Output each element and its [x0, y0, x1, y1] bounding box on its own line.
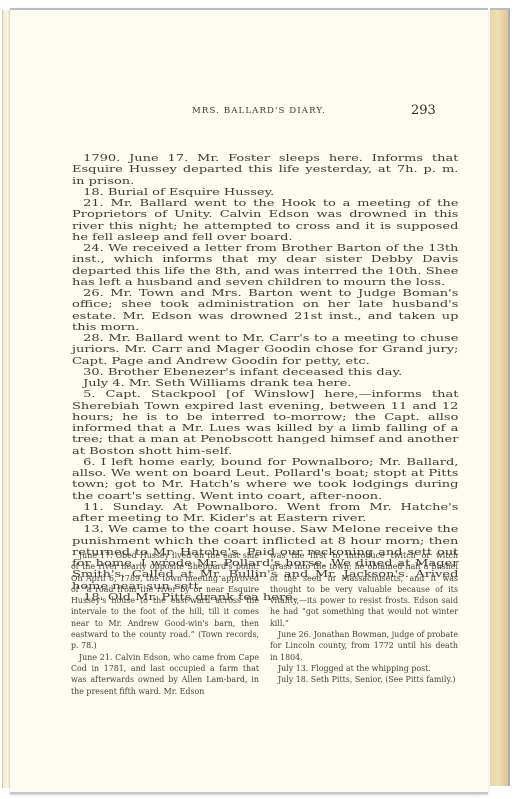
diary-entry: 6. I left home early, bound for Pownalbo… — [72, 457, 458, 502]
diary-entry: 21. Mr. Ballard went to the Hook to a me… — [72, 198, 458, 243]
book-scan: MRS. BALLARD'S DIARY. 293 1790. June 17.… — [0, 0, 517, 799]
right-page-edge — [490, 8, 510, 786]
book-page: MRS. BALLARD'S DIARY. 293 1790. June 17.… — [10, 8, 488, 794]
diary-entry: 1790. June 17. Mr. Foster sleeps here. I… — [72, 153, 458, 187]
diary-entry: 30. Brother Ebenezer's infant deceased t… — [72, 367, 458, 378]
footnotes: June 17. Obed Hussey lived on the east s… — [71, 550, 458, 697]
footnote-column-right: was the first to introduce twitch or wit… — [270, 550, 458, 697]
diary-entry: July 4. Mr. Seth Williams drank tea here… — [72, 378, 458, 389]
footnote: July 13. Flogged at the whipping post. — [270, 663, 458, 674]
diary-text: 1790. June 17. Mr. Foster sleeps here. I… — [72, 153, 458, 603]
diary-entry: 28. Mr. Ballard went to Mr. Carr's to a … — [72, 333, 458, 367]
page-header: MRS. BALLARD'S DIARY. 293 — [10, 103, 488, 119]
diary-entry: 18. Burial of Esquire Hussey. — [72, 187, 458, 198]
page-number: 293 — [411, 103, 436, 118]
footnote: June 21. Calvin Edson, who came from Cap… — [71, 652, 259, 697]
footnote-column-left: June 17. Obed Hussey lived on the east s… — [71, 550, 259, 697]
footnote: June 17. Obed Hussey lived on the east s… — [71, 550, 259, 652]
footnote: June 26. Jonathan Bowman, judge of proba… — [270, 629, 458, 663]
diary-entry: 26. Mr. Town and Mrs. Barton went to Jud… — [72, 288, 458, 333]
diary-entry: 5. Capt. Stackpool [of Winslow] here,—in… — [72, 389, 458, 457]
footnote-continuation: was the first to introduce twitch or wit… — [270, 550, 458, 629]
diary-entry: 11. Sunday. At Pownalboro. Went from Mr.… — [72, 502, 458, 525]
footnote: July 18. Seth Pitts, Senior. (See Pitts … — [270, 674, 458, 685]
running-head: MRS. BALLARD'S DIARY. — [192, 106, 326, 116]
diary-entry: 24. We received a letter from Brother Ba… — [72, 243, 458, 288]
